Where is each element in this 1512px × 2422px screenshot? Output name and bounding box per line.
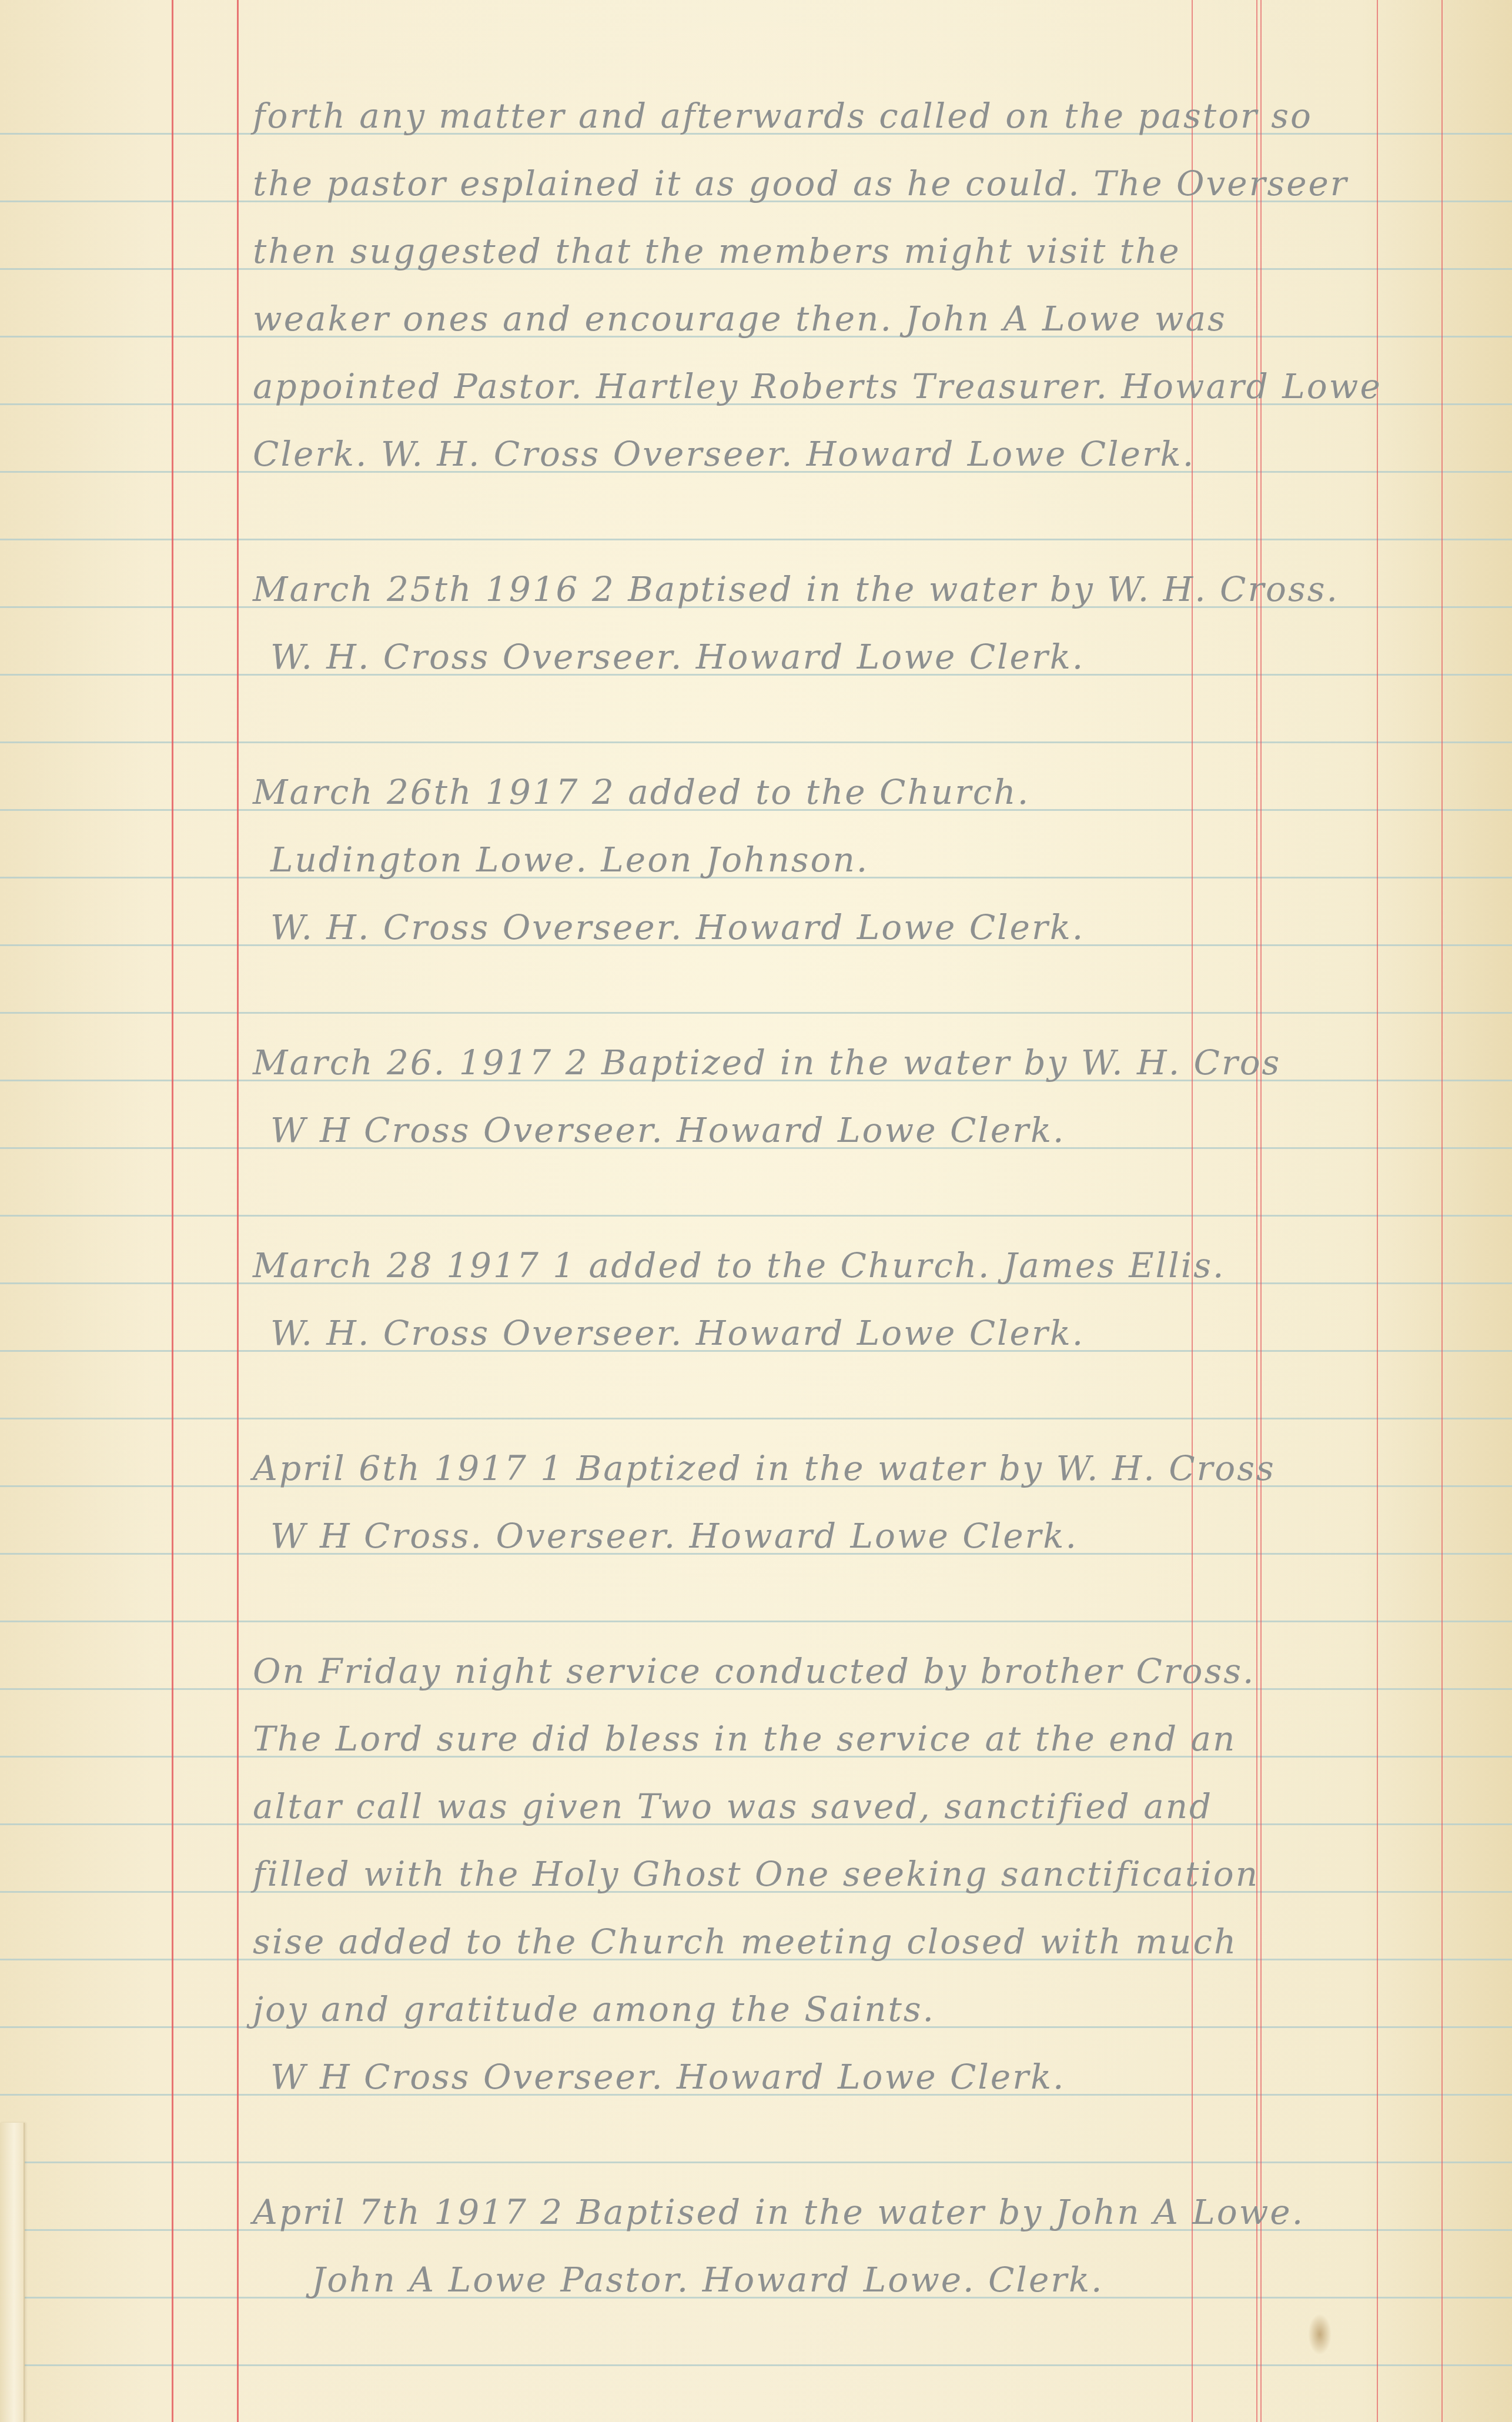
handwritten-line: sise added to the Church meeting closed … bbox=[253, 1925, 1237, 1959]
handwritten-line: filled with the Holy Ghost One seeking s… bbox=[253, 1857, 1259, 1891]
signature-line: W. H. Cross Overseer. Howard Lowe Clerk. bbox=[270, 1316, 1085, 1350]
entry-date-line: March 26th 1917 2 added to the Church. bbox=[253, 775, 1030, 809]
ruled-line bbox=[0, 2162, 1512, 2163]
ruled-line bbox=[0, 539, 1512, 540]
signature-line: W H Cross. Overseer. Howard Lowe Clerk. bbox=[270, 1519, 1078, 1553]
entry-date-line: April 6th 1917 1 Baptized in the water b… bbox=[253, 1451, 1276, 1485]
left-margin-line bbox=[172, 0, 173, 2422]
column-line bbox=[1377, 0, 1378, 2422]
handwritten-line: forth any matter and afterwards called o… bbox=[253, 99, 1313, 133]
torn-paper-edge bbox=[0, 2123, 25, 2422]
handwritten-line: appointed Pastor. Hartley Roberts Treasu… bbox=[253, 369, 1382, 403]
ruled-line bbox=[0, 2364, 1512, 2366]
ruled-line bbox=[0, 1621, 1512, 1622]
signature-line: W. H. Cross Overseer. Howard Lowe Clerk. bbox=[270, 910, 1085, 944]
handwritten-line: joy and gratitude among the Saints. bbox=[253, 1992, 935, 2026]
left-margin-line bbox=[237, 0, 239, 2422]
column-line bbox=[1441, 0, 1443, 2422]
column-line bbox=[1256, 0, 1257, 2422]
handwritten-line: On Friday night service conducted by bro… bbox=[253, 1654, 1255, 1688]
entry-date-line: March 25th 1916 2 Baptised in the water … bbox=[253, 572, 1339, 606]
handwritten-line: altar call was given Two was saved, sanc… bbox=[253, 1789, 1213, 1823]
names-line: Ludington Lowe. Leon Johnson. bbox=[270, 843, 869, 877]
ledger-page: forth any matter and afterwards called o… bbox=[0, 0, 1512, 2422]
signature-line: John A Lowe Pastor. Howard Lowe. Clerk. bbox=[312, 2263, 1104, 2297]
ruled-line bbox=[0, 1215, 1512, 1217]
entry-date-line: March 28 1917 1 added to the Church. Jam… bbox=[253, 1248, 1225, 1282]
entry-date-line: March 26. 1917 2 Baptized in the water b… bbox=[253, 1045, 1281, 1080]
column-line bbox=[1192, 0, 1193, 2422]
ruled-line bbox=[0, 1418, 1512, 1419]
handwritten-line: The Lord sure did bless in the service a… bbox=[253, 1722, 1236, 1756]
signature-line: W H Cross Overseer. Howard Lowe Clerk. bbox=[270, 2060, 1065, 2094]
handwritten-line: the pastor esplained it as good as he co… bbox=[253, 166, 1349, 201]
handwritten-line: Clerk. W. H. Cross Overseer. Howard Lowe… bbox=[253, 437, 1195, 471]
ruled-line bbox=[0, 741, 1512, 743]
ink-stain bbox=[1308, 2314, 1332, 2355]
handwritten-line: then suggested that the members might vi… bbox=[253, 234, 1181, 268]
handwritten-line: weaker ones and encourage then. John A L… bbox=[253, 302, 1227, 336]
entry-date-line: April 7th 1917 2 Baptised in the water b… bbox=[253, 2195, 1304, 2229]
ruled-line bbox=[0, 1012, 1512, 1014]
column-line bbox=[1260, 0, 1262, 2422]
signature-line: W. H. Cross Overseer. Howard Lowe Clerk. bbox=[270, 640, 1085, 674]
signature-line: W H Cross Overseer. Howard Lowe Clerk. bbox=[270, 1113, 1065, 1147]
